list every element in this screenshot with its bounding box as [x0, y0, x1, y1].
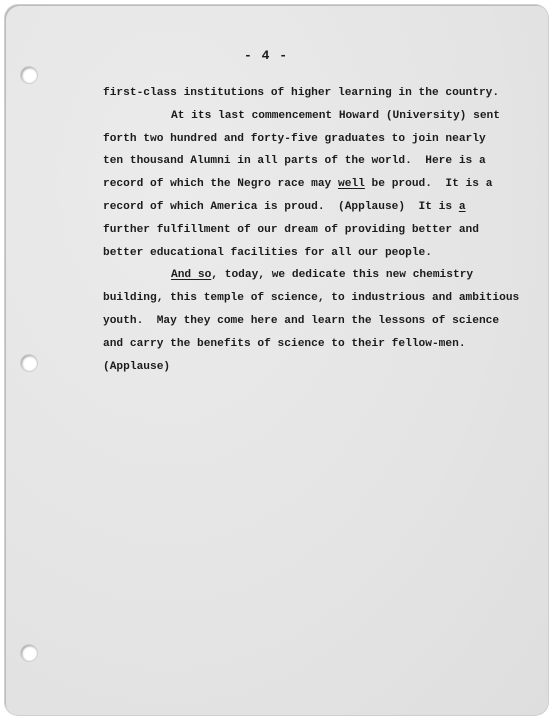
- punch-hole-bottom: [21, 645, 37, 661]
- text-line: ten thousand Alumni in all parts of the …: [103, 150, 543, 173]
- page-number: - 4 -: [244, 48, 288, 63]
- punch-hole-top: [21, 67, 37, 83]
- text-line: building, this temple of science, to ind…: [103, 287, 543, 310]
- punch-hole-middle: [21, 355, 37, 371]
- text-line: forth two hundred and forty-five graduat…: [103, 128, 543, 151]
- text-line: youth. May they come here and learn the …: [103, 310, 543, 333]
- document-page: - 4 - first-class institutions of higher…: [4, 4, 549, 716]
- text-line: record of which the Negro race may well …: [103, 173, 543, 196]
- underlined-phrase: And so: [171, 269, 211, 281]
- text-line: At its last commencement Howard (Univers…: [103, 105, 543, 128]
- underlined-word: a: [459, 201, 466, 213]
- underlined-word: well: [338, 178, 365, 190]
- text-line: better educational facilities for all ou…: [103, 242, 543, 265]
- text-line: And so, today, we dedicate this new chem…: [103, 264, 543, 287]
- text-line: record of which America is proud. (Appla…: [103, 196, 543, 219]
- text-line: and carry the benefits of science to the…: [103, 333, 543, 356]
- document-body: first-class institutions of higher learn…: [103, 82, 543, 378]
- text-line: first-class institutions of higher learn…: [103, 82, 543, 105]
- text-line: further fulfillment of our dream of prov…: [103, 219, 543, 242]
- text-line: (Applause): [103, 356, 543, 379]
